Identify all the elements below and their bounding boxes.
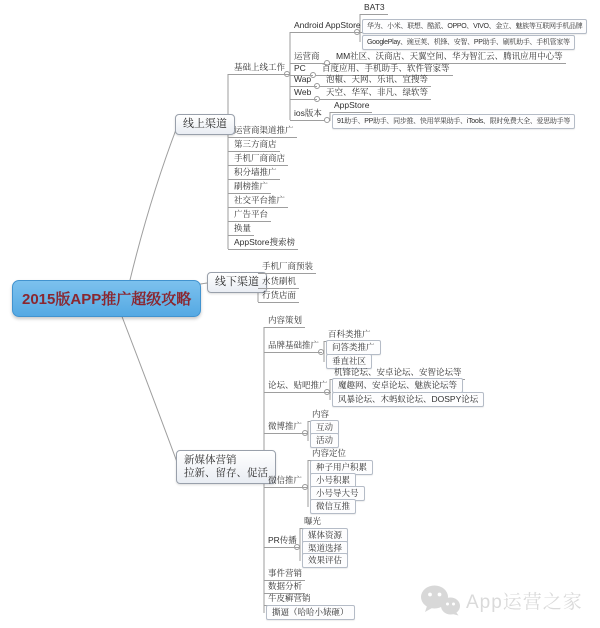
node-wap[interactable]: Wap <box>290 74 317 87</box>
node-points-wall[interactable]: 积分墙推广 <box>228 167 280 180</box>
node-qa[interactable]: 问答类推广 <box>326 340 381 355</box>
node-ranking-boost[interactable]: 刷榜推广 <box>228 181 271 194</box>
node-android-stores[interactable]: GooglePlay、豌豆荚、机锋、安智、PP助手、刷机助手、手机管家等 <box>362 35 575 50</box>
node-forums-2[interactable]: 魔趣网、安卓论坛、魅族论坛等 <box>332 378 463 393</box>
watermark: App运营之家 <box>420 584 583 616</box>
node-ios-version[interactable]: ios版本 <box>290 108 325 121</box>
node-sibi[interactable]: 撕逼（哈哈小婊砸） <box>266 605 355 620</box>
node-content-plan[interactable]: 内容策划 <box>264 315 305 328</box>
node-forums-3[interactable]: 风暴论坛、木蚂蚁论坛、DOSPY论坛 <box>332 392 484 407</box>
node-phone-brands[interactable]: 华为、小米、联想、酷派、OPPO、VIVO、金立、魅族等互联网手机品牌 <box>362 19 587 34</box>
watermark-brand: App运营之家 <box>466 587 583 614</box>
node-wap-stores[interactable]: 泡椒、天网、乐讯、宜搜等 <box>320 74 431 87</box>
node-ad-platform[interactable]: 广告平台 <box>228 209 271 222</box>
node-social-platform[interactable]: 社交平台推广 <box>228 195 288 208</box>
node-new-media[interactable]: 新媒体营销拉新、留存、促活 <box>176 450 276 484</box>
node-bat3[interactable]: BAT3 <box>360 2 388 15</box>
node-weibo[interactable]: 微博推广 <box>264 421 308 434</box>
node-oem-store[interactable]: 手机厂商商店 <box>228 153 288 166</box>
node-event-marketing[interactable]: 事件营销 <box>264 568 305 581</box>
node-android-appstore[interactable]: Android AppStore <box>290 20 364 33</box>
node-brand-basic[interactable]: 品牌基础推广 <box>264 340 322 353</box>
node-basic-launch[interactable]: 基础上线工作 <box>228 62 290 75</box>
wechat-icon <box>420 584 460 616</box>
node-weibo-activity[interactable]: 活动 <box>310 433 339 448</box>
node-online-channel[interactable]: 线上渠道 <box>175 114 235 135</box>
mindmap-canvas: 2015版APP推广超级攻略 App运营之家 线上渠道基础上线工作Android… <box>0 0 600 628</box>
node-gray-flash[interactable]: 水货刷机 <box>258 276 299 289</box>
node-web-stores[interactable]: 天空、华军、非凡、绿软等 <box>320 87 431 100</box>
node-carrier-channel-promo[interactable]: 运营商渠道推广 <box>228 125 297 138</box>
node-weixin[interactable]: 微信推广 <box>264 475 308 488</box>
node-licensed-store[interactable]: 行货店面 <box>258 290 299 303</box>
node-pr-eval[interactable]: 效果评估 <box>302 553 348 568</box>
node-root[interactable]: 2015版APP推广超级攻略 <box>12 280 201 317</box>
node-web[interactable]: Web <box>290 87 317 100</box>
node-pr[interactable]: PR传播 <box>264 535 300 548</box>
node-ios-appstore[interactable]: AppStore <box>330 100 372 113</box>
node-ios-assistants[interactable]: 91助手、PP助手、同步推、快用苹果助手、iTools、限时免费大全、爱思助手等 <box>332 114 575 129</box>
node-appstore-search[interactable]: AppStore搜索榜 <box>228 237 298 250</box>
node-wx-swap[interactable]: 微信互推 <box>310 499 356 514</box>
node-traffic-exchange[interactable]: 换量 <box>228 223 254 236</box>
node-oem-preinstall[interactable]: 手机厂商预装 <box>258 261 316 274</box>
node-third-party-store[interactable]: 第三方商店 <box>228 139 280 152</box>
node-forum-tieba[interactable]: 论坛、贴吧推广 <box>264 380 331 393</box>
